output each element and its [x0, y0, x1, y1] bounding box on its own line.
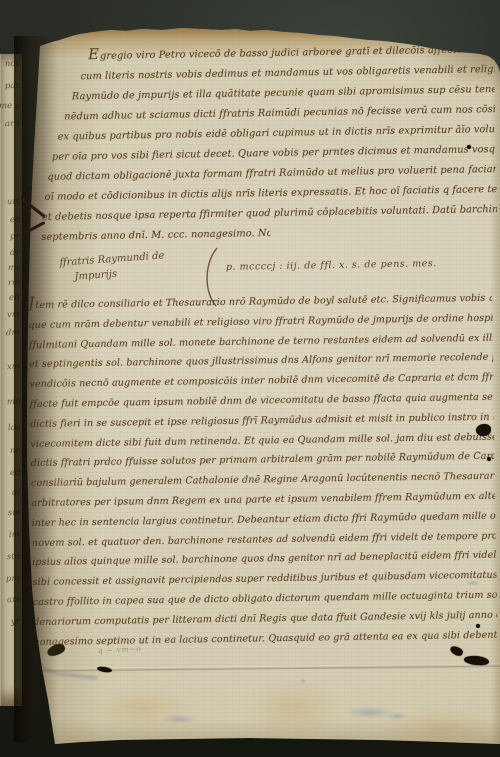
- facing-page-text-fragment: me g: [0, 102, 20, 112]
- facing-page-text-fragment: dr: [10, 249, 20, 258]
- facing-page-text-fragment: sta: [7, 553, 20, 562]
- facing-page-text-fragment: nos: [5, 60, 20, 70]
- facing-page-text-fragment: mo: [7, 398, 20, 407]
- photo-background: nos par me g ar l urt ed pr dr ms rm en …: [0, 0, 500, 757]
- facing-page-text-fragment: ed: [9, 469, 20, 478]
- folio-number: cclxxxv: [435, 33, 500, 48]
- facing-page-text-fragment: rm: [8, 279, 20, 288]
- ink-blot: [97, 666, 113, 674]
- facing-page-text-fragment: ar l: [5, 120, 20, 130]
- facing-page-text-fragment: par: [5, 82, 20, 92]
- facing-page-text-fragment: pm: [6, 575, 20, 584]
- faint-scribble: q ~ vm~o: [98, 645, 142, 655]
- facing-page-text-fragment: ms: [7, 264, 20, 273]
- stain: [92, 688, 192, 728]
- facing-page-text-fragment: ed: [9, 216, 20, 225]
- facing-page-text-fragment: pr: [10, 233, 20, 242]
- letter-text-block-2: Jtem rē dilco consiliario et Thesaurario…: [28, 287, 498, 653]
- facing-page-text-fragment: los: [8, 424, 21, 433]
- stain: [382, 708, 500, 748]
- ink-smudge: [300, 678, 306, 684]
- ink-blot: [464, 655, 490, 666]
- manuscript-page: cclxxxv Egregio viro Petro vicecō de bas…: [22, 28, 500, 745]
- fold-crease: [22, 663, 500, 672]
- heading-payment-note: p. mccccj : iij. de ffl. x. s. de pens. …: [226, 258, 436, 273]
- ink-blot: [449, 645, 464, 658]
- letter-text-block-1: Egregio viro Petro vicecō de basso judic…: [36, 38, 497, 248]
- facing-page-text-fragment: am: [7, 596, 20, 605]
- facing-page-text-fragment: urt: [7, 198, 20, 207]
- facing-page-text-fragment: nr: [10, 447, 20, 456]
- facing-page-text-fragment: dm: [6, 329, 20, 338]
- facing-page-text-fragment: vm: [7, 311, 20, 320]
- facing-page-text-fragment: xm: [7, 363, 20, 372]
- facing-page-text-fragment: yr: [11, 618, 20, 627]
- facing-page-text-fragment: im: [9, 531, 20, 540]
- facing-page-text-fragment: of: [12, 489, 21, 498]
- ink-smudge: [344, 706, 394, 719]
- facing-page-edge: nos par me g ar l urt ed pr dr ms rm en …: [0, 54, 22, 706]
- facing-page-text-fragment: sm: [7, 509, 20, 518]
- stain: [247, 678, 342, 738]
- heading-addressee: ffratris Raymundi de Jmpurijs: [59, 248, 166, 285]
- ink-smudge: [162, 714, 196, 724]
- facing-page-text-fragment: en: [9, 294, 20, 303]
- text-line: septembris anno dnī. M. ccc. nonagesimo.…: [41, 224, 270, 248]
- ink-smudge: [386, 712, 408, 720]
